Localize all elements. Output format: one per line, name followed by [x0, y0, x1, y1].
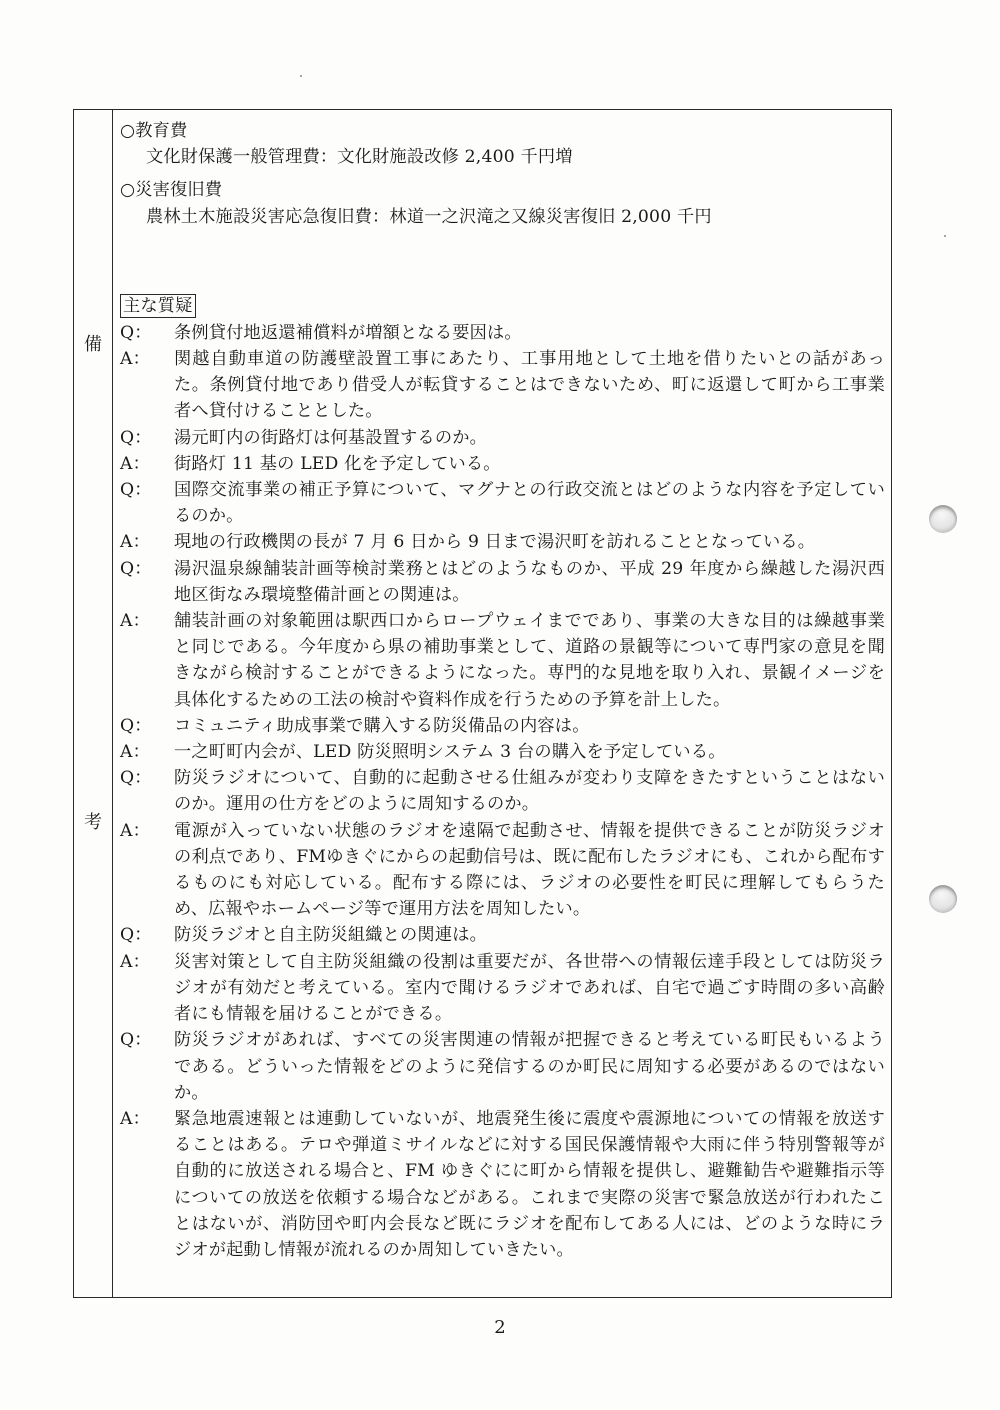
qa-section: 主な質疑 Q：条例貸付地返還補償料が増額となる要因は。 A：関越自動車道の防護壁…: [120, 293, 885, 1263]
page-number: 2: [0, 1317, 1000, 1338]
qa-label: Q：: [120, 477, 174, 529]
qa-label: A：: [120, 739, 174, 765]
qa-label: A：: [120, 529, 174, 555]
qa-text: 防災ラジオと自主防災組織との関連は。: [174, 922, 885, 948]
qa-text: 緊急地震速報とは連動していないが、地震発生後に震度や震源地についての情報を放送す…: [174, 1106, 885, 1263]
budget-section-disaster-recovery: ○災害復旧費 農林土木施設災害応急復旧費：林道一之沢滝之又線災害復旧 2,000…: [120, 177, 885, 229]
qa-item: Q：条例貸付地返還補償料が増額となる要因は。: [120, 320, 885, 346]
section-body: 農林土木施設災害応急復旧費：林道一之沢滝之又線災害復旧 2,000 千円: [146, 204, 885, 230]
qa-label: A：: [120, 1106, 174, 1263]
qa-text: 関越自動車道の防護壁設置工事にあたり、工事用地として土地を借りたいとの話があった…: [174, 346, 885, 425]
qa-text: 条例貸付地返還補償料が増額となる要因は。: [174, 320, 885, 346]
qa-item: Q：コミュニティ助成事業で購入する防災備品の内容は。: [120, 713, 885, 739]
qa-item: A：舗装計画の対象範囲は駅西口からロープウェイまでであり、事業の大きな目的は繰越…: [120, 608, 885, 713]
qa-item: Q：防災ラジオがあれば、すべての災害関連の情報が把握できると考えている町民もいる…: [120, 1027, 885, 1106]
qa-label: A：: [120, 346, 174, 425]
qa-label: Q：: [120, 1027, 174, 1106]
scan-speck: [300, 75, 302, 77]
qa-item: A：現地の行政機関の長が 7 月 6 日から 9 日まで湯沢町を訪れることとなっ…: [120, 529, 885, 555]
qa-item: Q：防災ラジオと自主防災組織との関連は。: [120, 922, 885, 948]
qa-item: Q：国際交流事業の補正予算について、マグナとの行政交流とはどのような内容を予定し…: [120, 477, 885, 529]
qa-text: 街路灯 11 基の LED 化を予定している。: [174, 451, 885, 477]
qa-label: Q：: [120, 425, 174, 451]
qa-text: コミュニティ助成事業で購入する防災備品の内容は。: [174, 713, 885, 739]
qa-text: 湯元町内の街路灯は何基設置するのか。: [174, 425, 885, 451]
qa-text: 湯沢温泉線舗装計画等検討業務とはどのようなものか、平成 29 年度から繰越した湯…: [174, 556, 885, 608]
section-heading: ○災害復旧費: [120, 177, 885, 203]
punch-hole-icon: [929, 505, 957, 533]
remarks-content: ○教育費 文化財保護一般管理費：文化財施設改修 2,400 千円増 ○災害復旧費…: [120, 118, 885, 1263]
qa-label: A：: [120, 608, 174, 713]
section-heading: ○教育費: [120, 118, 885, 144]
column-divider: [112, 110, 113, 1297]
qa-text: 災害対策として自主防災組織の役割は重要だが、各世帯への情報伝達手段としては防災ラ…: [174, 949, 885, 1028]
scan-speck: [944, 235, 946, 237]
qa-text: 一之町町内会が、LED 防災照明システム 3 台の購入を予定している。: [174, 739, 885, 765]
side-label-top: 備: [74, 330, 112, 356]
qa-text: 防災ラジオがあれば、すべての災害関連の情報が把握できると考えている町民もいるよう…: [174, 1027, 885, 1106]
qa-text: 電源が入っていない状態のラジオを遠隔で起動させ、情報を提供できることが防災ラジオ…: [174, 818, 885, 923]
qa-label: Q：: [120, 556, 174, 608]
qa-label: Q：: [120, 320, 174, 346]
qa-label: Q：: [120, 922, 174, 948]
qa-item: A：緊急地震速報とは連動していないが、地震発生後に震度や震源地についての情報を放…: [120, 1106, 885, 1263]
qa-label: A：: [120, 818, 174, 923]
qa-text: 国際交流事業の補正予算について、マグナとの行政交流とはどのような内容を予定してい…: [174, 477, 885, 529]
spacer: [120, 237, 885, 293]
section-body: 文化財保護一般管理費：文化財施設改修 2,400 千円増: [146, 144, 885, 170]
qa-text: 現地の行政機関の長が 7 月 6 日から 9 日まで湯沢町を訪れることとなってい…: [174, 529, 885, 555]
qa-item: A：一之町町内会が、LED 防災照明システム 3 台の購入を予定している。: [120, 739, 885, 765]
side-label-bottom: 考: [74, 808, 112, 834]
qa-text: 防災ラジオについて、自動的に起動させる仕組みが変わり支障をきたすということはない…: [174, 765, 885, 817]
qa-label: A：: [120, 949, 174, 1028]
punch-hole-icon: [929, 885, 957, 913]
qa-label: Q：: [120, 765, 174, 817]
qa-item: A：災害対策として自主防災組織の役割は重要だが、各世帯への情報伝達手段としては防…: [120, 949, 885, 1028]
qa-item: Q：湯元町内の街路灯は何基設置するのか。: [120, 425, 885, 451]
qa-heading: 主な質疑: [120, 294, 196, 318]
qa-item: A：電源が入っていない状態のラジオを遠隔で起動させ、情報を提供できることが防災ラ…: [120, 818, 885, 923]
qa-item: Q：湯沢温泉線舗装計画等検討業務とはどのようなものか、平成 29 年度から繰越し…: [120, 556, 885, 608]
qa-item: A：関越自動車道の防護壁設置工事にあたり、工事用地として土地を借りたいとの話があ…: [120, 346, 885, 425]
budget-section-education: ○教育費 文化財保護一般管理費：文化財施設改修 2,400 千円増: [120, 118, 885, 170]
remarks-table: 備 考 ○教育費 文化財保護一般管理費：文化財施設改修 2,400 千円増 ○災…: [73, 109, 892, 1298]
qa-item: A：街路灯 11 基の LED 化を予定している。: [120, 451, 885, 477]
qa-label: Q：: [120, 713, 174, 739]
qa-label: A：: [120, 451, 174, 477]
qa-text: 舗装計画の対象範囲は駅西口からロープウェイまでであり、事業の大きな目的は繰越事業…: [174, 608, 885, 713]
qa-item: Q：防災ラジオについて、自動的に起動させる仕組みが変わり支障をきたすということは…: [120, 765, 885, 817]
